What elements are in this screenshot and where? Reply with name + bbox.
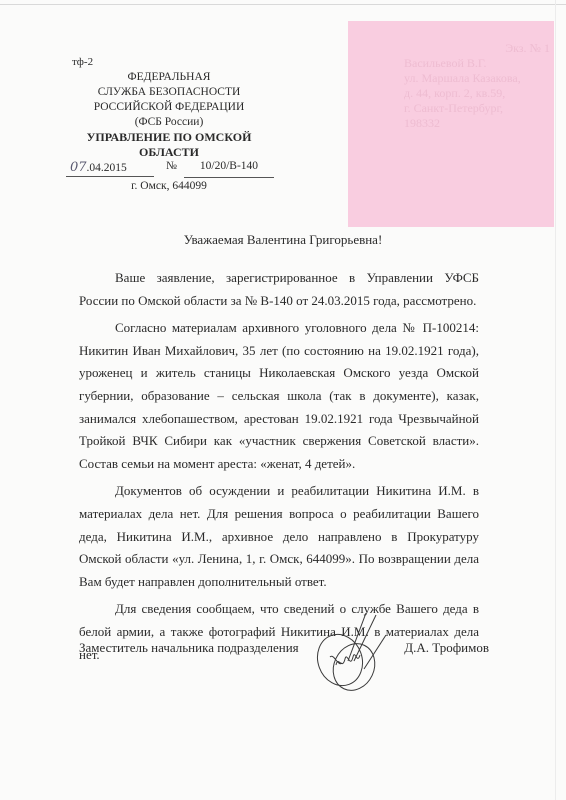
signatory-position: Заместитель начальника подразделения (79, 640, 299, 656)
letterhead: ФЕДЕРАЛЬНАЯ СЛУЖБА БЕЗОПАСНОСТИ РОССИЙСК… (64, 70, 274, 160)
letterhead-line: ФЕДЕРАЛЬНАЯ (64, 70, 274, 85)
document-number: 10/20/В-140 (184, 160, 274, 178)
paragraph: Документов об осуждении и реабилитации Н… (79, 480, 479, 593)
city-address: г. Омск, 644099 (64, 180, 274, 192)
letterhead-line: (ФСБ России) (64, 115, 274, 130)
document-date: 07.04.2015 (66, 160, 154, 177)
salutation: Уважаемая Валентина Григорьевна! (0, 232, 566, 248)
paragraph: Ваше заявление, зарегистрированное в Упр… (79, 267, 479, 312)
page-edge-right (555, 0, 556, 800)
department-line: УПРАВЛЕНИЕ ПО ОМСКОЙ (64, 130, 274, 145)
recipient-line: д. 44, корп. 2, кв.59, (404, 86, 550, 101)
recipient-line: Васильевой В.Г. (404, 56, 550, 71)
printed-date: .04.2015 (87, 162, 127, 174)
recipient-line: 198332 (404, 116, 550, 131)
letterhead-line: РОССИЙСКОЙ ФЕДЕРАЦИИ (64, 100, 274, 115)
handwritten-day: 07 (70, 160, 87, 175)
letterhead-line: СЛУЖБА БЕЗОПАСНОСТИ (64, 85, 274, 100)
paragraph: Согласно материалам архивного уголовного… (79, 317, 479, 475)
redacted-text: Экз. № 1 Васильевой В.Г. ул. Маршала Каз… (404, 41, 550, 131)
department-line: ОБЛАСТИ (64, 145, 274, 160)
form-code: тф-2 (72, 56, 93, 68)
number-sign: № (166, 160, 177, 172)
page-edge (0, 4, 566, 5)
copy-number: Экз. № 1 (404, 41, 550, 56)
date-number-line: 07.04.2015 № 10/20/В-140 (66, 160, 272, 176)
handwritten-signature-icon (308, 605, 388, 705)
signatory-name: Д.А. Трофимов (404, 640, 489, 656)
redacted-recipient-block: Экз. № 1 Васильевой В.Г. ул. Маршала Каз… (348, 21, 554, 227)
recipient-line: г. Санкт-Петербург, (404, 101, 550, 116)
recipient-line: ул. Маршала Казакова, (404, 71, 550, 86)
letter-body: Ваше заявление, зарегистрированное в Упр… (79, 267, 479, 666)
